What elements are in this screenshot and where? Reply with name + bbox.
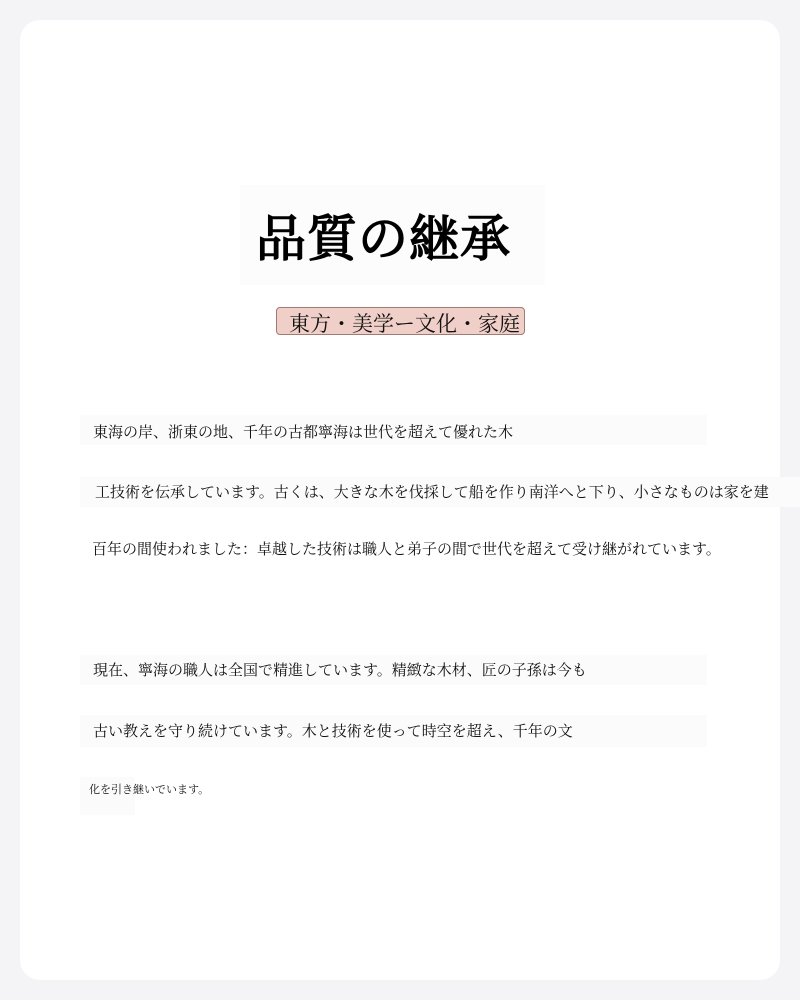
paragraph-1-line-3: 百年の間使われました：卓越した技術は職人と弟子の間で世代を超えて受け継がれていま… (92, 534, 721, 564)
paragraph-1-line-1: 東海の岸、浙東の地、千年の古都寧海は世代を超えて優れた木 (93, 417, 513, 447)
paragraph-2-line-2: 古い教えを守り続けています。木と技術を使って時空を超え、千年の文 (93, 716, 573, 746)
subtitle-text: 東方・美学ー文化・家庭 (289, 310, 520, 338)
paragraph-2-line-1: 現在、寧海の職人は全国で精進しています。精緻な木材、匠の子孫は今も (93, 655, 587, 685)
document-card: 品質の継承 東方・美学ー文化・家庭 東海の岸、浙東の地、千年の古都寧海は世代を超… (20, 20, 780, 980)
title-block: 品質の継承 (240, 185, 545, 285)
paragraph-1-line-2: 工技術を伝承しています。古くは、大きな木を伐採して船を作り南洋へと下り、小さなも… (95, 477, 769, 507)
paragraph-2-line-3: 化を引き継いでいます。 (89, 778, 209, 802)
page-title: 品質の継承 (256, 199, 511, 271)
